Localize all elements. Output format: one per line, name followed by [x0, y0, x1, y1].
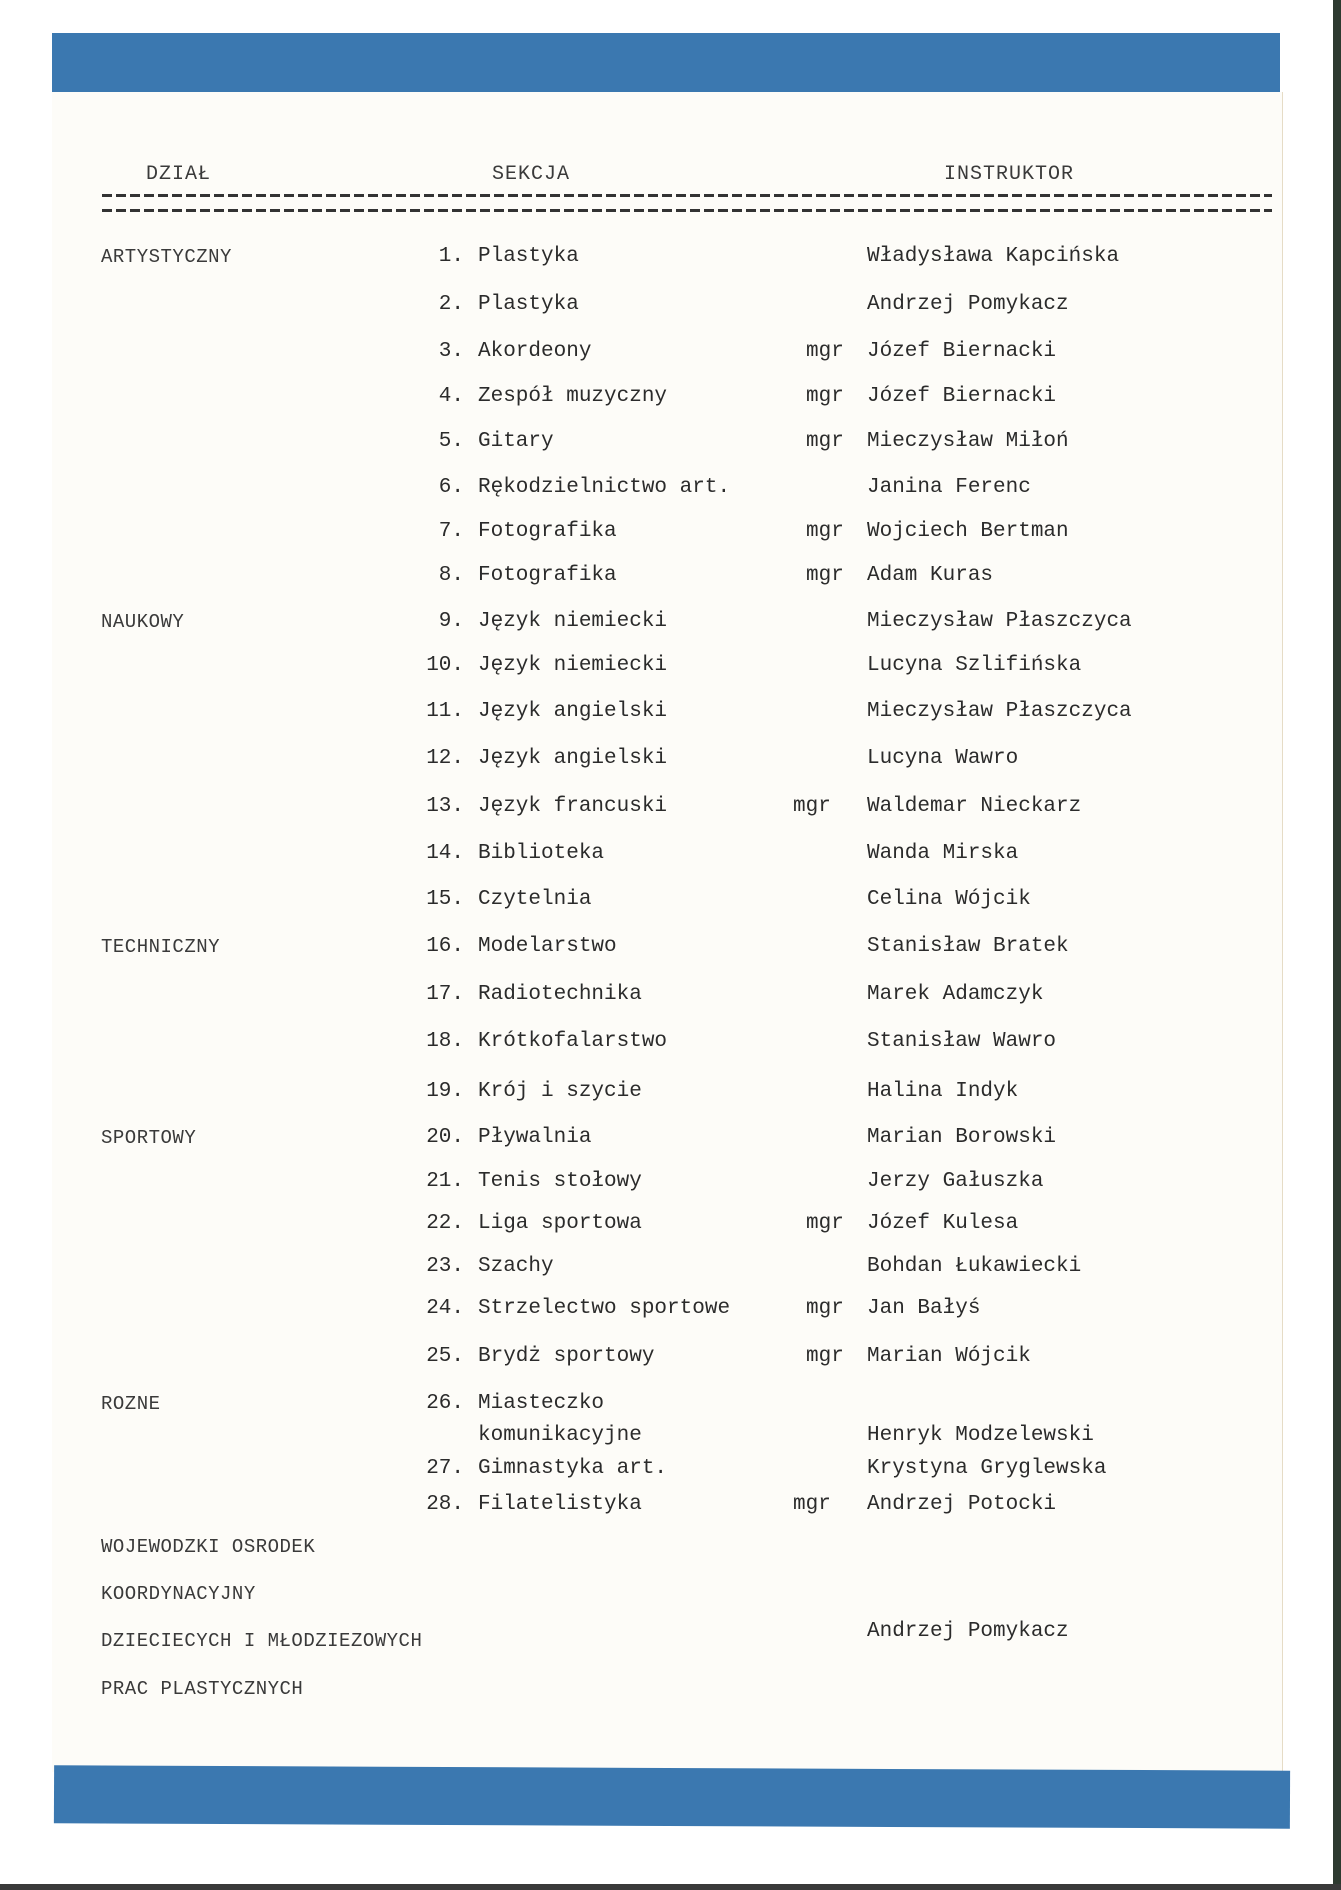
row-instructor: Marian Wójcik [867, 1345, 1031, 1368]
row-instructor: Jan Bałyś [867, 1297, 980, 1320]
bottom-blue-band [54, 1765, 1290, 1828]
row-title: mgr [806, 1297, 844, 1320]
row-number: 12. [404, 747, 464, 770]
department-label: ARTYSTYCZNY [101, 246, 232, 268]
row-title: mgr [793, 1493, 831, 1516]
row-number: 26. [404, 1392, 464, 1415]
row-number: 21. [404, 1170, 464, 1193]
row-title: mgr [806, 385, 844, 408]
row-instructor: Stanisław Bratek [867, 935, 1069, 958]
centre-line: KOORDYNACYJNY [101, 1583, 256, 1605]
row-number: 24. [404, 1297, 464, 1320]
page-edge-bottom [0, 1884, 1341, 1890]
row-number: 8. [404, 564, 464, 587]
row-section: Filatelistyka [478, 1493, 642, 1516]
row-title: mgr [806, 430, 844, 453]
row-instructor: Józef Biernacki [867, 385, 1056, 408]
row-number: 13. [404, 795, 464, 818]
row-section: Rękodzielnictwo art. [478, 476, 730, 499]
centre-line: PRAC PLASTYCZNYCH [101, 1678, 303, 1700]
row-title: mgr [793, 795, 831, 818]
row-section: Strzelectwo sportowe [478, 1297, 730, 1320]
row-number: 7. [404, 520, 464, 543]
row-section: Język angielski [478, 700, 667, 723]
row-section: Plastyka [478, 293, 579, 316]
top-blue-band [52, 33, 1280, 93]
centre-line: DZIECIECYCH I MŁODZIEZOWYCH [101, 1630, 422, 1652]
row-section: Język niemiecki [478, 610, 667, 633]
centre-line: WOJEWODZKI OSRODEK [101, 1536, 315, 1558]
row-number: 17. [404, 983, 464, 1006]
row-section: Plastyka [478, 245, 579, 268]
row-number: 5. [404, 430, 464, 453]
row-number: 23. [404, 1255, 464, 1278]
row-number: 2. [404, 293, 464, 316]
row-number: 28. [404, 1493, 464, 1516]
row-number: 22. [404, 1212, 464, 1235]
row-section: Miasteczko [478, 1392, 604, 1415]
row-instructor: Andrzej Potocki [867, 1493, 1056, 1516]
row-section: Pływalnia [478, 1126, 591, 1149]
row-section-line2: komunikacyjne [478, 1424, 642, 1447]
row-number: 9. [404, 610, 464, 633]
header-instructor: INSTRUKTOR [944, 163, 1074, 186]
row-section: Fotografika [478, 520, 617, 543]
row-title: mgr [806, 564, 844, 587]
department-label: ROZNE [101, 1393, 161, 1415]
row-instructor: Celina Wójcik [867, 888, 1031, 911]
row-instructor: Henryk Modzelewski [867, 1424, 1094, 1447]
row-section: Szachy [478, 1255, 554, 1278]
row-section: Liga sportowa [478, 1212, 642, 1235]
row-section: Czytelnia [478, 888, 591, 911]
row-title: mgr [806, 1212, 844, 1235]
row-number: 10. [404, 654, 464, 677]
row-instructor: Jerzy Gałuszka [867, 1170, 1043, 1193]
row-number: 15. [404, 888, 464, 911]
row-section: Modelarstwo [478, 935, 617, 958]
row-instructor: Krystyna Gryglewska [867, 1457, 1106, 1480]
row-section: Akordeony [478, 340, 591, 363]
header-rule-1 [102, 194, 1272, 197]
row-title: mgr [806, 520, 844, 543]
centre-instructor: Andrzej Pomykacz [867, 1620, 1069, 1643]
row-number: 1. [404, 245, 464, 268]
row-instructor: Marian Borowski [867, 1126, 1056, 1149]
row-section: Radiotechnika [478, 983, 642, 1006]
header-section: SEKCJA [492, 163, 570, 186]
row-number: 6. [404, 476, 464, 499]
paper-sheet [52, 92, 1283, 1772]
row-instructor: Halina Indyk [867, 1080, 1018, 1103]
row-section: Fotografika [478, 564, 617, 587]
row-instructor: Wanda Mirska [867, 842, 1018, 865]
row-section: Biblioteka [478, 842, 604, 865]
row-section: Zespół muzyczny [478, 385, 667, 408]
row-instructor: Waldemar Nieckarz [867, 795, 1081, 818]
row-section: Krój i szycie [478, 1080, 642, 1103]
page-edge [1333, 0, 1341, 1890]
row-instructor: Bohdan Łukawiecki [867, 1255, 1081, 1278]
row-number: 14. [404, 842, 464, 865]
department-label: NAUKOWY [101, 611, 184, 633]
department-label: SPORTOWY [101, 1127, 196, 1149]
row-instructor: Mieczysław Miłoń [867, 430, 1069, 453]
row-instructor: Janina Ferenc [867, 476, 1031, 499]
row-number: 18. [404, 1030, 464, 1053]
row-title: mgr [806, 1345, 844, 1368]
row-instructor: Stanisław Wawro [867, 1030, 1056, 1053]
row-section: Brydż sportowy [478, 1345, 654, 1368]
row-instructor: Józef Kulesa [867, 1212, 1018, 1235]
department-label: TECHNICZNY [101, 936, 220, 958]
row-instructor: Mieczysław Płaszczyca [867, 700, 1132, 723]
row-instructor: Lucyna Wawro [867, 747, 1018, 770]
row-number: 3. [404, 340, 464, 363]
row-section: Gimnastyka art. [478, 1457, 667, 1480]
header-dept: DZIAŁ [146, 163, 211, 186]
row-instructor: Lucyna Szlifińska [867, 654, 1081, 677]
row-number: 25. [404, 1345, 464, 1368]
row-section: Krótkofalarstwo [478, 1030, 667, 1053]
row-section: Język niemiecki [478, 654, 667, 677]
row-instructor: Wojciech Bertman [867, 520, 1069, 543]
row-number: 20. [404, 1126, 464, 1149]
row-number: 19. [404, 1080, 464, 1103]
row-instructor: Adam Kuras [867, 564, 993, 587]
row-number: 16. [404, 935, 464, 958]
row-number: 27. [404, 1457, 464, 1480]
row-section: Język francuski [478, 795, 667, 818]
row-number: 4. [404, 385, 464, 408]
row-number: 11. [404, 700, 464, 723]
row-instructor: Mieczysław Płaszczyca [867, 610, 1132, 633]
row-section: Tenis stołowy [478, 1170, 642, 1193]
row-section: Język angielski [478, 747, 667, 770]
row-title: mgr [806, 340, 844, 363]
row-instructor: Józef Biernacki [867, 340, 1056, 363]
row-section: Gitary [478, 430, 554, 453]
row-instructor: Andrzej Pomykacz [867, 293, 1069, 316]
header-rule-2 [102, 209, 1272, 212]
row-instructor: Marek Adamczyk [867, 983, 1043, 1006]
row-instructor: Władysława Kapcińska [867, 245, 1119, 268]
